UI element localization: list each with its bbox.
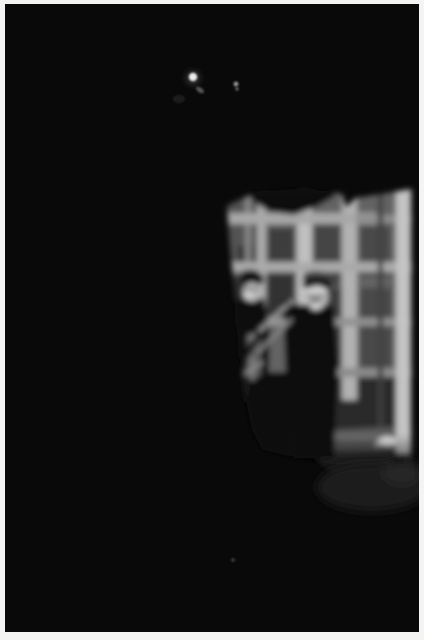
left-figure-cheek-highlight bbox=[244, 291, 253, 300]
ladder-knob-highlight bbox=[290, 300, 295, 305]
right-figure-eye-shadow bbox=[307, 294, 325, 297]
door-frame-strip bbox=[396, 186, 410, 454]
photo-print: Black-and-white photograph, mostly deep … bbox=[0, 0, 424, 640]
right-figure-forehead-highlight bbox=[306, 288, 327, 294]
door-frame-gap bbox=[378, 192, 383, 428]
left-figure-eye-shadow bbox=[245, 288, 258, 291]
photo-image: Black-and-white photograph, mostly deep … bbox=[0, 0, 424, 640]
right-figure-chin bbox=[310, 302, 322, 310]
